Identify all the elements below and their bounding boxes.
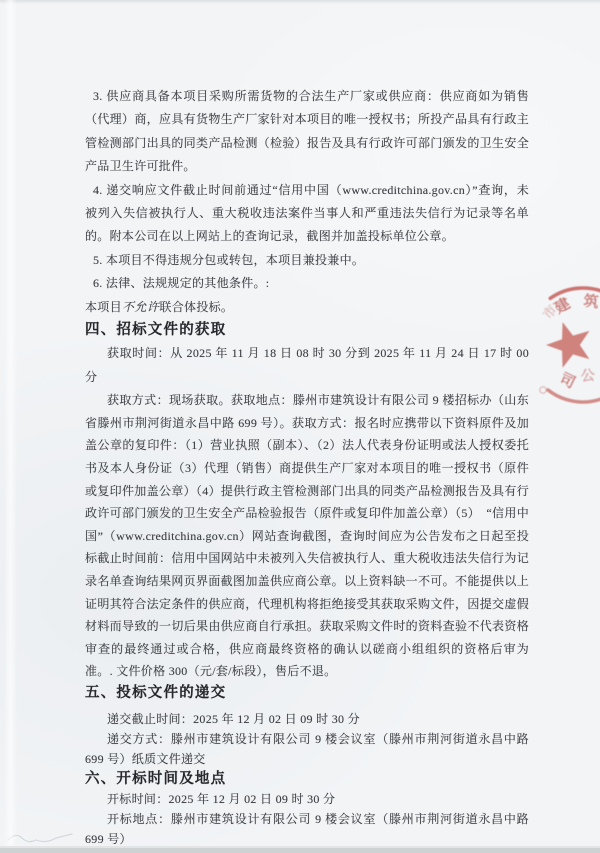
seal-arc-char-top-2: 筑 — [583, 292, 600, 311]
company-seal-stamp: 市 建 筑 司 公 — [510, 270, 600, 420]
clause-3: 3. 供应商具备本项目采购所需货物的合法生产厂家或供应商：供应商如为销售（代理）… — [85, 85, 529, 179]
scan-edge-bottom — [0, 848, 600, 853]
note-emphasis: 不允许 — [122, 300, 160, 314]
open-time-line: 开标时间：2025 年 12 月 02 日 09 时 30 分 — [85, 789, 529, 809]
acquire-time-line: 获取时间：从 2025 年 11 月 18 日 08 时 30 分到 2025 … — [85, 342, 529, 389]
seal-star-icon — [541, 315, 598, 370]
submit-deadline-line: 递交截止时间：2025 年 12 月 02 日 09 时 30 分 — [85, 709, 529, 729]
clause-5: 5. 本项目不得违规分包或转包，本项目兼投兼中。 — [85, 249, 529, 272]
section-4-heading: 四、招标文件的获取 — [85, 319, 529, 342]
seal-arc-char-bottom-2: 公 — [580, 368, 596, 385]
scan-edge-top — [0, 0, 600, 4]
note-text-suffix: 联合体投标。 — [159, 300, 233, 314]
clause-4: 4. 递交响应文件截止时间前通过“信用中国（www.creditchina.go… — [85, 179, 529, 249]
seal-ring-bottom-arc — [548, 390, 600, 402]
scanned-tender-page: 3. 供应商具备本项目采购所需货物的合法生产厂家或供应商：供应商如为销售（代理）… — [0, 0, 600, 853]
section-6-heading: 六、开标时间及地点 — [85, 769, 529, 789]
no-consortium-note: 本项目不允许联合体投标。 — [85, 296, 529, 319]
open-place-line: 开标地点：滕州市建筑设计有限公司 9 楼会议室（滕州市荆河街道永昌中路 699 … — [85, 809, 529, 849]
seal-arc-char-bottom-1: 司 — [557, 369, 578, 392]
submit-method-line: 递交方式：滕州市建筑设计有限公司 9 楼会议室（滕州市荆河街道永昌中路 699 … — [85, 729, 529, 769]
acquire-method-para: 获取方式：现场获取。获取地点：滕州市建筑设计有限公司 9 楼招标办（山东省滕州市… — [85, 389, 529, 683]
seal-ink-blemish — [540, 387, 546, 393]
document-body: 3. 供应商具备本项目采购所需货物的合法生产厂家或供应商：供应商如为销售（代理）… — [85, 85, 529, 849]
note-text-prefix: 本项目 — [85, 300, 122, 314]
clause-6: 6. 法律、法规规定的其他条件。: — [85, 272, 529, 295]
section-5-heading: 五、投标文件的递交 — [85, 683, 529, 703]
scan-edge-left — [4, 0, 17, 853]
